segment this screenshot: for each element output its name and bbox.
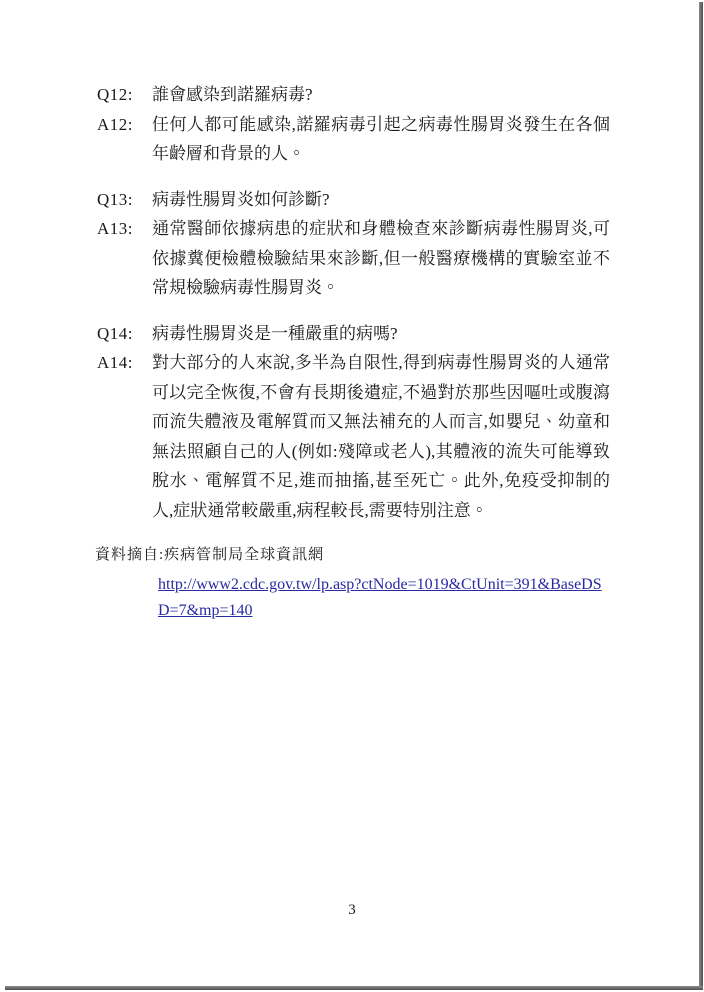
answer-label: A14: — [97, 348, 152, 378]
answer-row: A14: 對大部分的人來說,多半為自限性,得到病毒性腸胃炎的人通常可以完全恢復,… — [97, 348, 610, 525]
answer-label: A12: — [97, 110, 152, 140]
question-label: Q12: — [97, 80, 152, 110]
answer-text: 通常醫師依據病患的症狀和身體檢查來診斷病毒性腸胃炎,可依據糞便檢體檢驗結果來診斷… — [152, 214, 610, 303]
source-url-line: http://www2.cdc.gov.tw/lp.asp?ctNode=101… — [97, 572, 610, 624]
source-url-link[interactable]: http://www2.cdc.gov.tw/lp.asp?ctNode=101… — [158, 576, 602, 619]
answer-row: A13: 通常醫師依據病患的症狀和身體檢查來診斷病毒性腸胃炎,可依據糞便檢體檢驗… — [97, 214, 610, 303]
question-text: 病毒性腸胃炎是一種嚴重的病嗎? — [152, 319, 610, 349]
answer-row: A12: 任何人都可能感染,諾羅病毒引起之病毒性腸胃炎發生在各個年齡層和背景的人… — [97, 110, 610, 169]
page-shadow-right — [699, 2, 703, 989]
question-row: Q13: 病毒性腸胃炎如何診斷? — [97, 185, 610, 215]
document-page: Q12: 誰會感染到諾羅病毒? A12: 任何人都可能感染,諾羅病毒引起之病毒性… — [0, 0, 704, 992]
question-label: Q13: — [97, 185, 152, 215]
qa-block-q12: Q12: 誰會感染到諾羅病毒? A12: 任何人都可能感染,諾羅病毒引起之病毒性… — [97, 80, 610, 169]
question-text: 誰會感染到諾羅病毒? — [152, 80, 610, 110]
question-label: Q14: — [97, 319, 152, 349]
answer-label: A13: — [97, 214, 152, 244]
question-text: 病毒性腸胃炎如何診斷? — [152, 185, 610, 215]
answer-text: 對大部分的人來說,多半為自限性,得到病毒性腸胃炎的人通常可以完全恢復,不會有長期… — [152, 348, 610, 525]
question-row: Q12: 誰會感染到諾羅病毒? — [97, 80, 610, 110]
answer-text: 任何人都可能感染,諾羅病毒引起之病毒性腸胃炎發生在各個年齡層和背景的人。 — [152, 110, 610, 169]
page-number: 3 — [0, 901, 704, 919]
qa-block-q13: Q13: 病毒性腸胃炎如何診斷? A13: 通常醫師依據病患的症狀和身體檢查來診… — [97, 185, 610, 303]
source-attribution: 資料摘自:疾病管制局全球資訊網 — [95, 541, 610, 570]
qa-block-q14: Q14: 病毒性腸胃炎是一種嚴重的病嗎? A14: 對大部分的人來說,多半為自限… — [97, 319, 610, 526]
page-shadow-bottom — [5, 986, 703, 990]
question-row: Q14: 病毒性腸胃炎是一種嚴重的病嗎? — [97, 319, 610, 349]
page-content: Q12: 誰會感染到諾羅病毒? A12: 任何人都可能感染,諾羅病毒引起之病毒性… — [97, 80, 610, 624]
